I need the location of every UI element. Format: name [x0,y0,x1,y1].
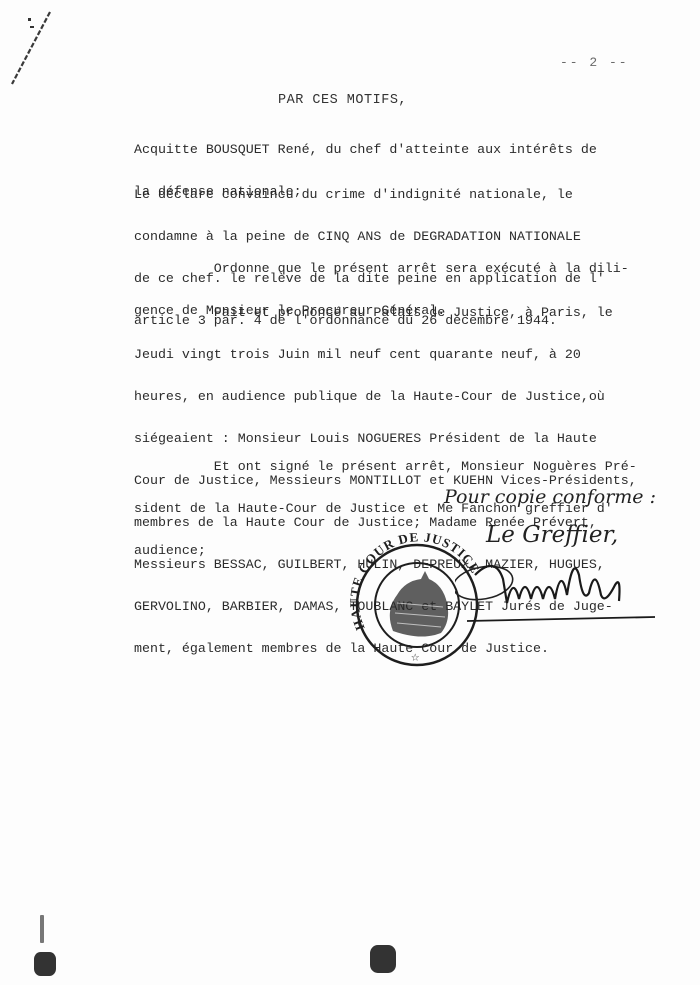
scan-artifact [40,915,44,943]
text-line: heures, en audience publique de la Haute… [134,390,694,404]
text-line: Le déclare convaincu du crime d'indignit… [134,188,694,202]
clerk-signature [455,555,665,635]
text-line: Fait et prononcé au Palais de Justice, à… [134,306,694,320]
section-heading: PAR CES MOTIFS, [278,93,407,108]
scan-artifact [34,952,56,976]
clerk-title: Le Greffier, [486,522,618,548]
text-line: Jeudi vingt trois Juin mil neuf cent qua… [134,348,694,362]
text-line: Acquitte BOUSQUET René, du chef d'attein… [134,143,694,157]
text-line: Ordonne que le présent arrêt sera exécut… [134,262,694,276]
scan-artifact [370,945,396,973]
text-line: Et ont signé le présent arrêt, Monsieur … [134,460,694,474]
document-page: -- 2 -- PAR CES MOTIFS, Acquitte BOUSQUE… [0,0,700,985]
certification-line: Pour copie conforme : [444,486,656,508]
page-number: -- 2 -- [560,55,629,70]
scan-mark-top-left [4,8,54,88]
svg-text:☆: ☆ [411,650,420,666]
